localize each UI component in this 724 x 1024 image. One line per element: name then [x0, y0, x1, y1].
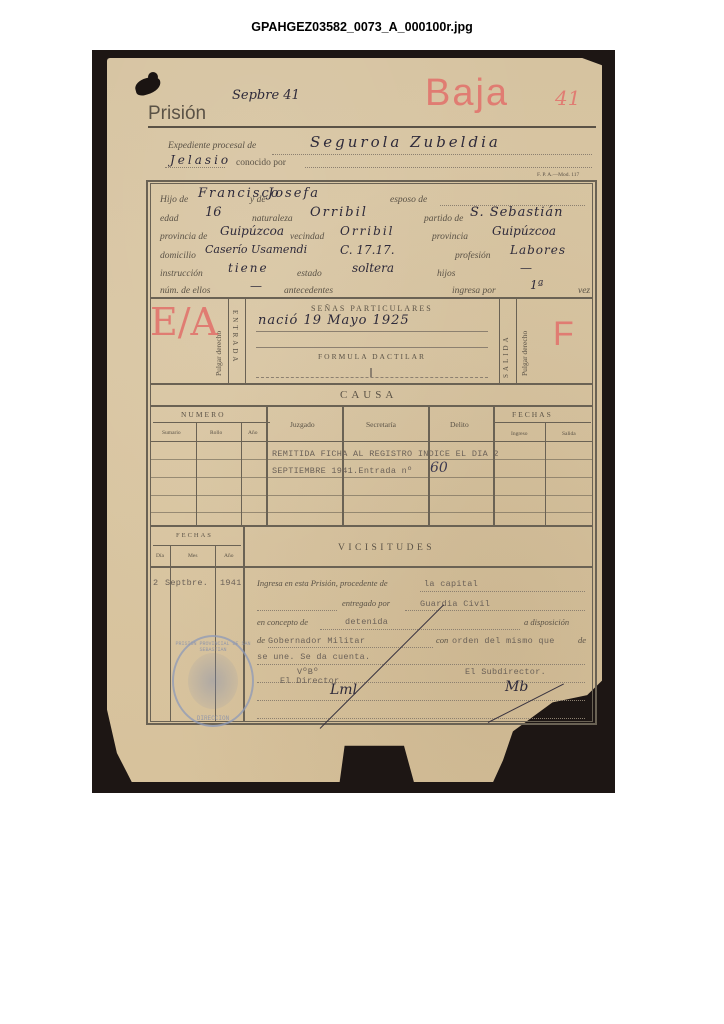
prison-stamp: PRISION PROVINCIAL DE SAN SEBASTIAN DIRE… [172, 635, 254, 727]
form-code: F. P. A.—Mod. 117 [537, 172, 579, 178]
vic-dia: 2 [153, 578, 158, 588]
vic-entregado-label: entregado por [342, 598, 390, 608]
senas-line-1 [256, 331, 488, 332]
vecindad-label: vecindad [290, 232, 324, 242]
vic-fechas-underline [153, 545, 241, 546]
vic-line [257, 700, 585, 701]
vic-line [257, 718, 585, 719]
num-value: — [250, 279, 262, 293]
vez-label: vez [578, 286, 590, 296]
profesion-label: profesión [455, 251, 491, 261]
row-line [150, 495, 593, 496]
naturaleza-value: Orribil [310, 205, 368, 220]
vic-de2-label: de [578, 635, 586, 645]
expediente-value: Segurola Zubeldia [310, 133, 501, 151]
pulgar-entrada-label: Pulgar derecho [214, 306, 223, 376]
vic-autoridad: Gobernador Militar [268, 636, 365, 646]
instruccion-label: instrucción [160, 269, 203, 279]
vic-ingresa-label: Ingresa en esta Prisión, procedente de [257, 578, 388, 588]
numero-label: NUMERO [181, 410, 226, 419]
senas-divider-1 [228, 298, 229, 384]
edad-value: 16 [205, 205, 222, 220]
causa-typed-line2: SEPTIEMBRE 1941.Entrada nº [272, 466, 412, 476]
vic-dia-label: Día [156, 553, 164, 559]
vic-de-label: de [257, 635, 265, 645]
annotation-baja-year: 41 [555, 86, 580, 110]
salida-mark: F [553, 315, 574, 354]
col-rollo: Rollo [210, 430, 222, 436]
causa-title: CAUSA [340, 389, 397, 401]
formula-mark [370, 368, 372, 377]
vic-ano-label: Año [224, 553, 233, 559]
vic-line [405, 610, 585, 611]
vic-subdirector: El Subdirector. [465, 667, 546, 677]
instruccion-value: tiene [228, 261, 269, 275]
entrada-label: ENTRADA [231, 310, 239, 380]
ingresa-value: 1ª [530, 278, 543, 292]
col-ingreso: Ingreso [511, 431, 528, 437]
expediente-line [272, 154, 592, 155]
annotation-baja: Baja [425, 72, 509, 115]
expediente-label: Expediente procesal de [168, 141, 256, 151]
firstname-line [165, 167, 225, 168]
vic-entregado: Guardia Civil [420, 599, 490, 609]
formula-label: FORMULA DACTILAR [318, 352, 426, 361]
vicisitudes-title: VICISITUDES [338, 543, 435, 553]
provincia2-label: provincia [432, 232, 468, 242]
domicilio-label: domicilio [160, 251, 196, 261]
col-line [196, 422, 197, 525]
conocido-label: conocido por [236, 158, 286, 168]
page-title: Prisión [148, 103, 206, 125]
vic-disposicion-label: a disposición [524, 617, 569, 627]
vic-mes-label: Mes [188, 553, 197, 559]
vic-header-rule [150, 566, 593, 568]
col-line [266, 407, 268, 525]
senas-value: nació 19 Mayo 1925 [258, 313, 410, 328]
vic-line [268, 647, 433, 648]
pulgar-salida-label: Pulgar derecho [520, 306, 529, 376]
fechas-underline [494, 422, 591, 423]
causa-typed-line1: REMITIDA FICHA AL REGISTRO INDICE EL DIA… [272, 449, 499, 459]
vic-concepto-label: en concepto de [257, 617, 308, 627]
senas-title: SEÑAS PARTICULARES [311, 304, 433, 313]
edad-label: edad [160, 214, 178, 224]
senas-bottom-rule [150, 383, 593, 385]
senas-divider-4 [516, 298, 517, 384]
naturaleza-label: naturaleza [252, 214, 293, 224]
col-juzgado: Juzgado [290, 420, 315, 429]
mother-value: Josefa [268, 186, 320, 201]
vic-concepto: detenida [345, 617, 388, 627]
conocido-line [305, 167, 592, 168]
num-label: núm. de ellos [160, 286, 210, 296]
senas-top-rule [150, 297, 593, 299]
causa-rule [150, 405, 593, 407]
vic-line [257, 664, 585, 665]
vic-col-line [170, 545, 171, 722]
salida-label: SALIDA [502, 318, 510, 378]
provincia-label: provincia de [160, 232, 207, 242]
estado-label: estado [297, 269, 322, 279]
provincia-value: Guipúzcoa [220, 224, 284, 238]
ingresa-label: ingresa por [452, 286, 496, 296]
col-line [545, 422, 546, 525]
estado-value: soltera [352, 261, 394, 275]
vic-fechas-label: FECHAS [176, 532, 213, 539]
row-line [150, 477, 593, 478]
col-delito: Delito [450, 420, 469, 429]
numero-underline [153, 422, 270, 423]
annotation-date: Sepbre 41 [232, 88, 300, 103]
vic-line-last: se une. Se da cuenta. [257, 652, 370, 662]
y-de-label: y de [250, 195, 266, 205]
vic-mes: Septbre. [165, 578, 208, 588]
senas-divider-2 [245, 298, 246, 384]
vic-line [420, 591, 585, 592]
vic-orden: orden del mismo que [452, 636, 555, 646]
col-sumario: Sumario [162, 430, 181, 436]
vecindad-value: Orribil [340, 224, 395, 238]
senas-divider-3 [499, 298, 500, 384]
formula-line [256, 377, 488, 378]
entrada-mark: E/A [150, 300, 218, 344]
senas-line-2 [256, 347, 488, 348]
hijos-label: hijos [437, 269, 455, 279]
hijo-label: Hijo de [160, 195, 188, 205]
col-ano: Año [248, 430, 257, 436]
vic-con-label: con [436, 635, 448, 645]
partido-value: S. Sebastián [470, 205, 564, 220]
antecedentes-label: antecedentes [284, 286, 333, 296]
coat-of-arms-icon [188, 653, 238, 709]
ink-stain-dot [148, 72, 158, 82]
domicilio-value: Caserío Usamendi [205, 243, 307, 256]
col-line [493, 407, 495, 525]
provincia2-value: Guipúzcoa [492, 224, 556, 238]
row-line [150, 459, 593, 460]
causa-entrada-num: 60 [430, 460, 448, 476]
subdirector-signature: Mb [505, 679, 528, 695]
expediente-first-name: Jelasio [170, 153, 231, 167]
causa-bottom-rule [150, 525, 593, 527]
vic-line [257, 610, 337, 611]
vic-ano: 1941 [220, 578, 242, 588]
hijos-value: — [520, 261, 532, 275]
profesion-value: Labores [510, 243, 566, 257]
file-name: GPAHGEZ03582_0073_A_000100r.jpg [0, 20, 724, 34]
title-rule [148, 126, 596, 128]
stamp-text: PRISION PROVINCIAL DE SAN SEBASTIAN [174, 641, 252, 653]
col-secretaria: Secretaría [366, 420, 396, 429]
row-line [150, 512, 593, 513]
domicilio-extra: C. 17.17. [340, 243, 395, 257]
row-line [150, 441, 593, 442]
fechas-label: FECHAS [512, 410, 553, 419]
esposo-label: esposo de [390, 195, 427, 205]
col-salida: Salida [562, 431, 576, 437]
vic-procedente: la capital [424, 579, 478, 589]
col-line [241, 422, 242, 525]
partido-label: partido de [424, 214, 463, 224]
stamp-bottom-text: DIRECCION [174, 715, 252, 722]
